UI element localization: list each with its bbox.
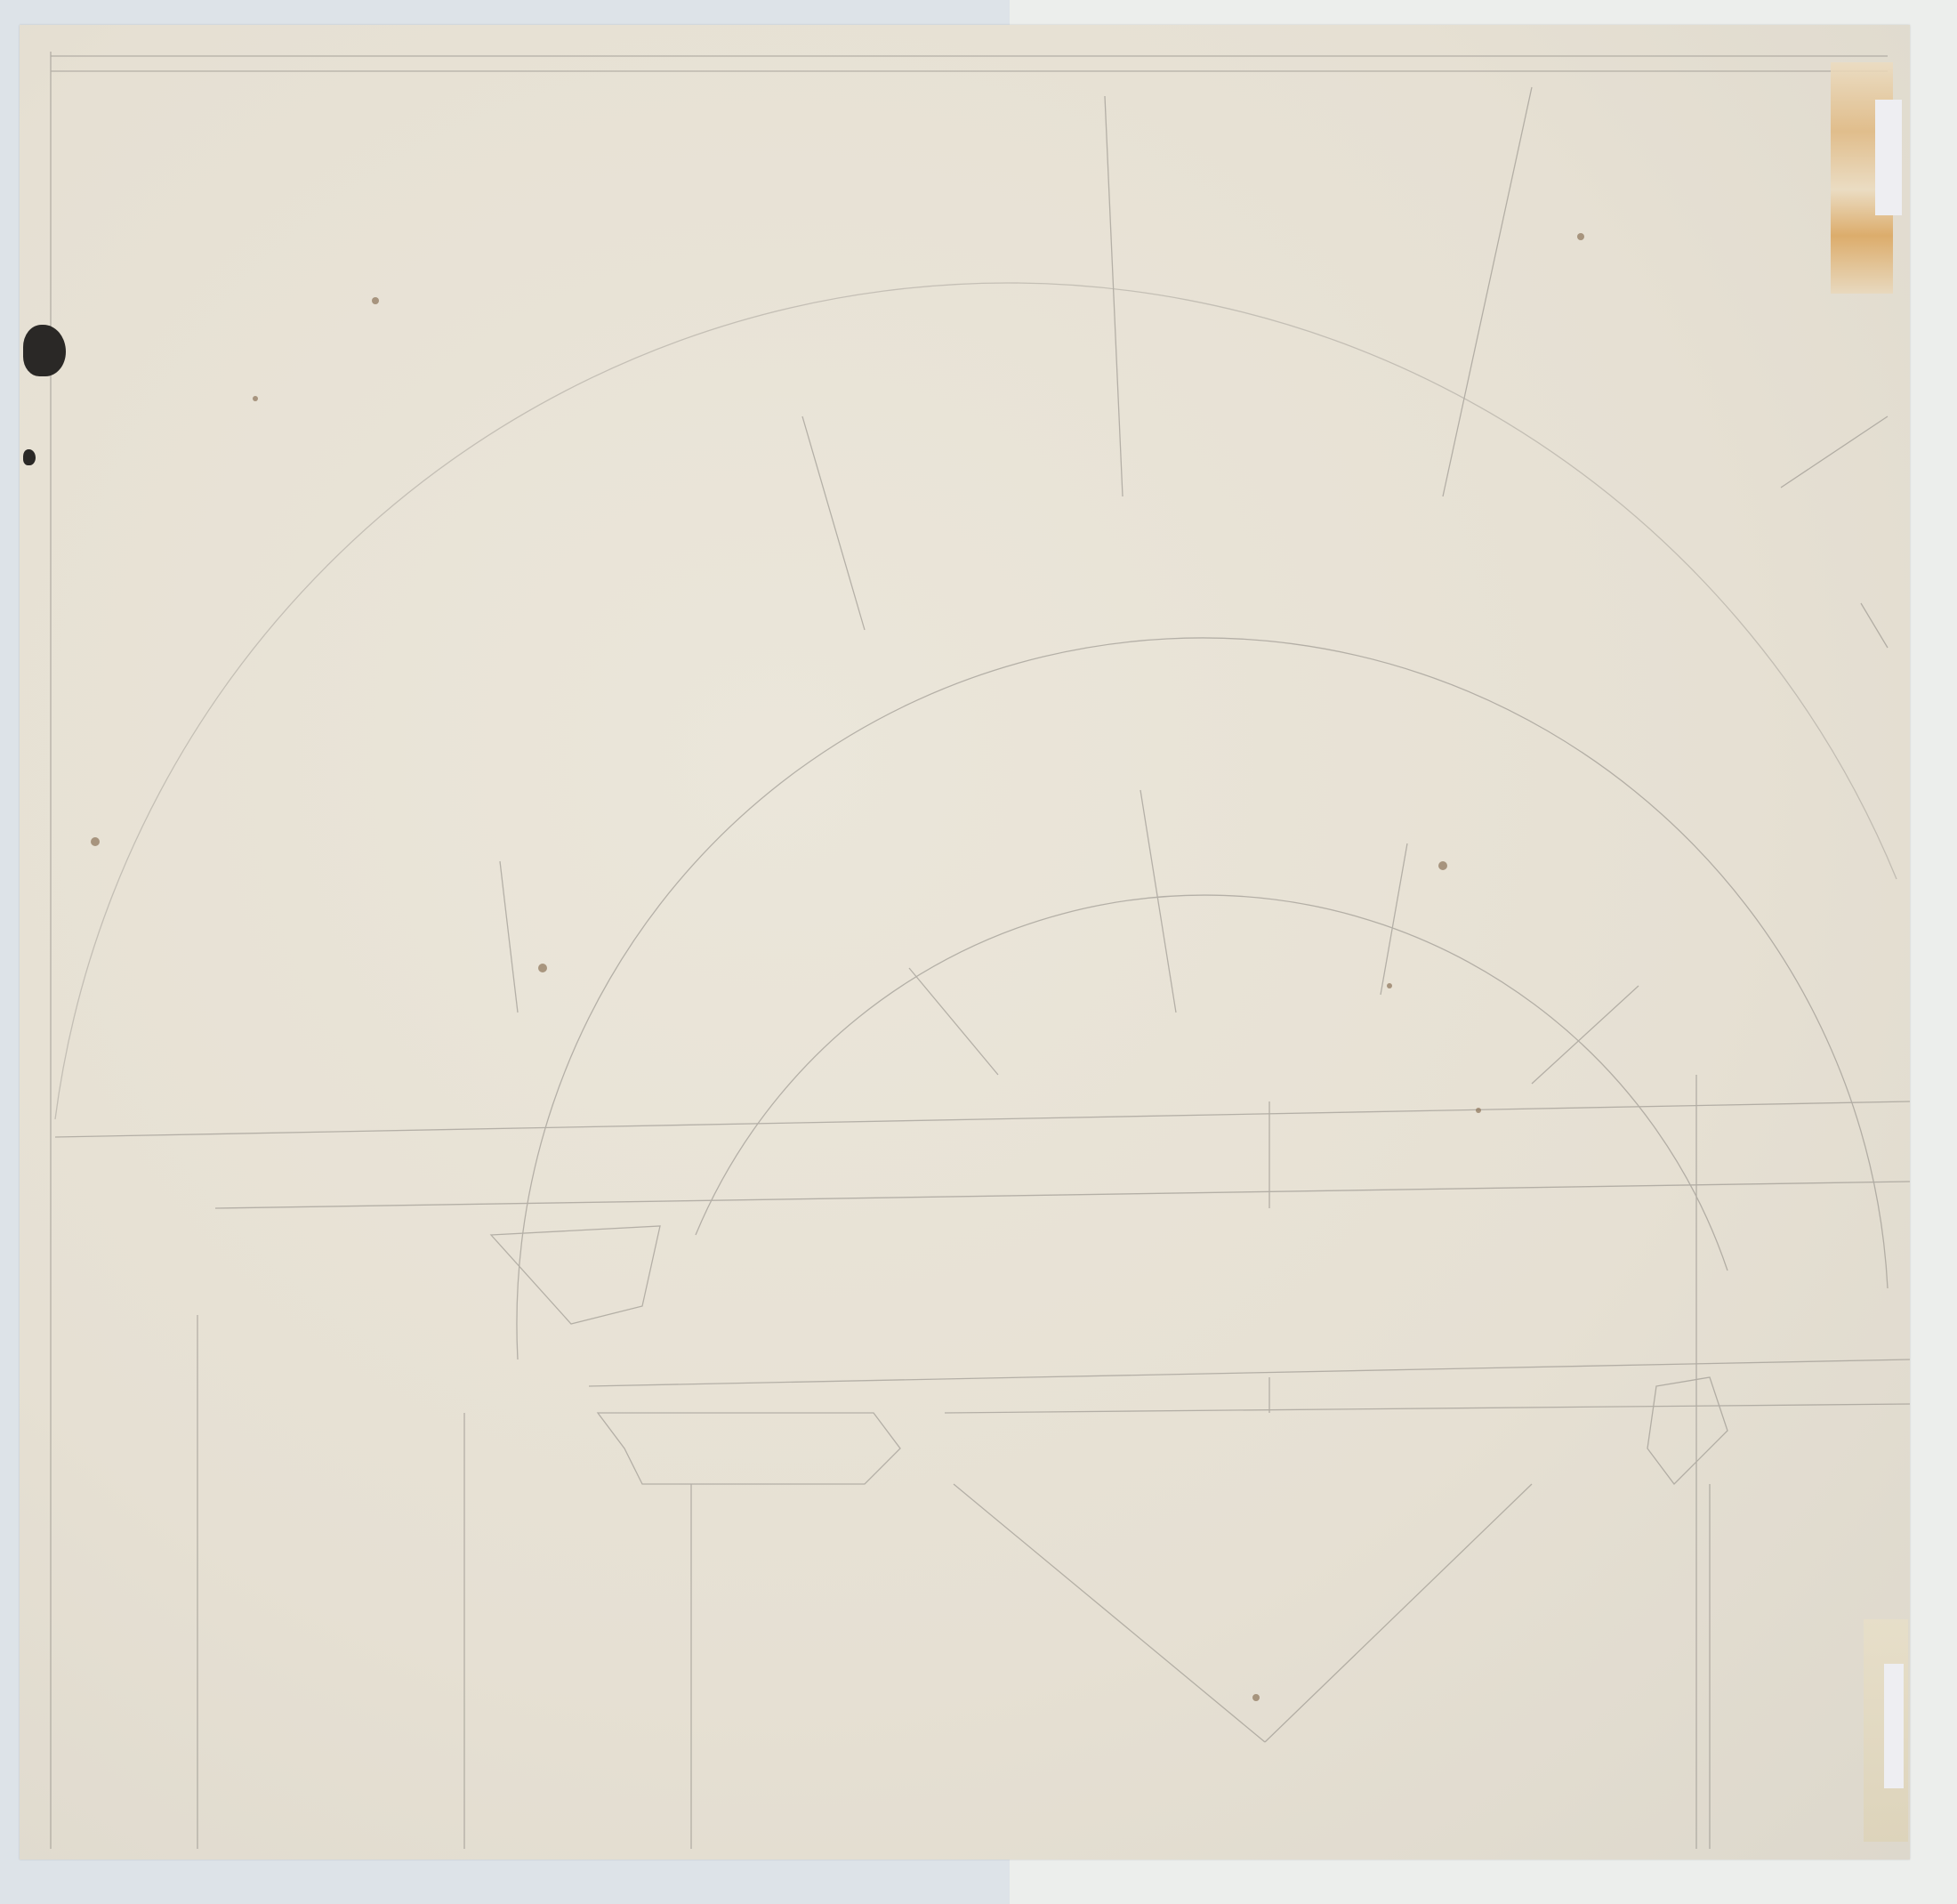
ink-blot-large (23, 325, 66, 376)
paper-sheet (20, 25, 1910, 1860)
mount-tab-top (1875, 100, 1902, 215)
ink-blot-small (23, 449, 36, 465)
pencil-sketch (20, 25, 1910, 1860)
mount-tab-bottom (1884, 1664, 1904, 1788)
